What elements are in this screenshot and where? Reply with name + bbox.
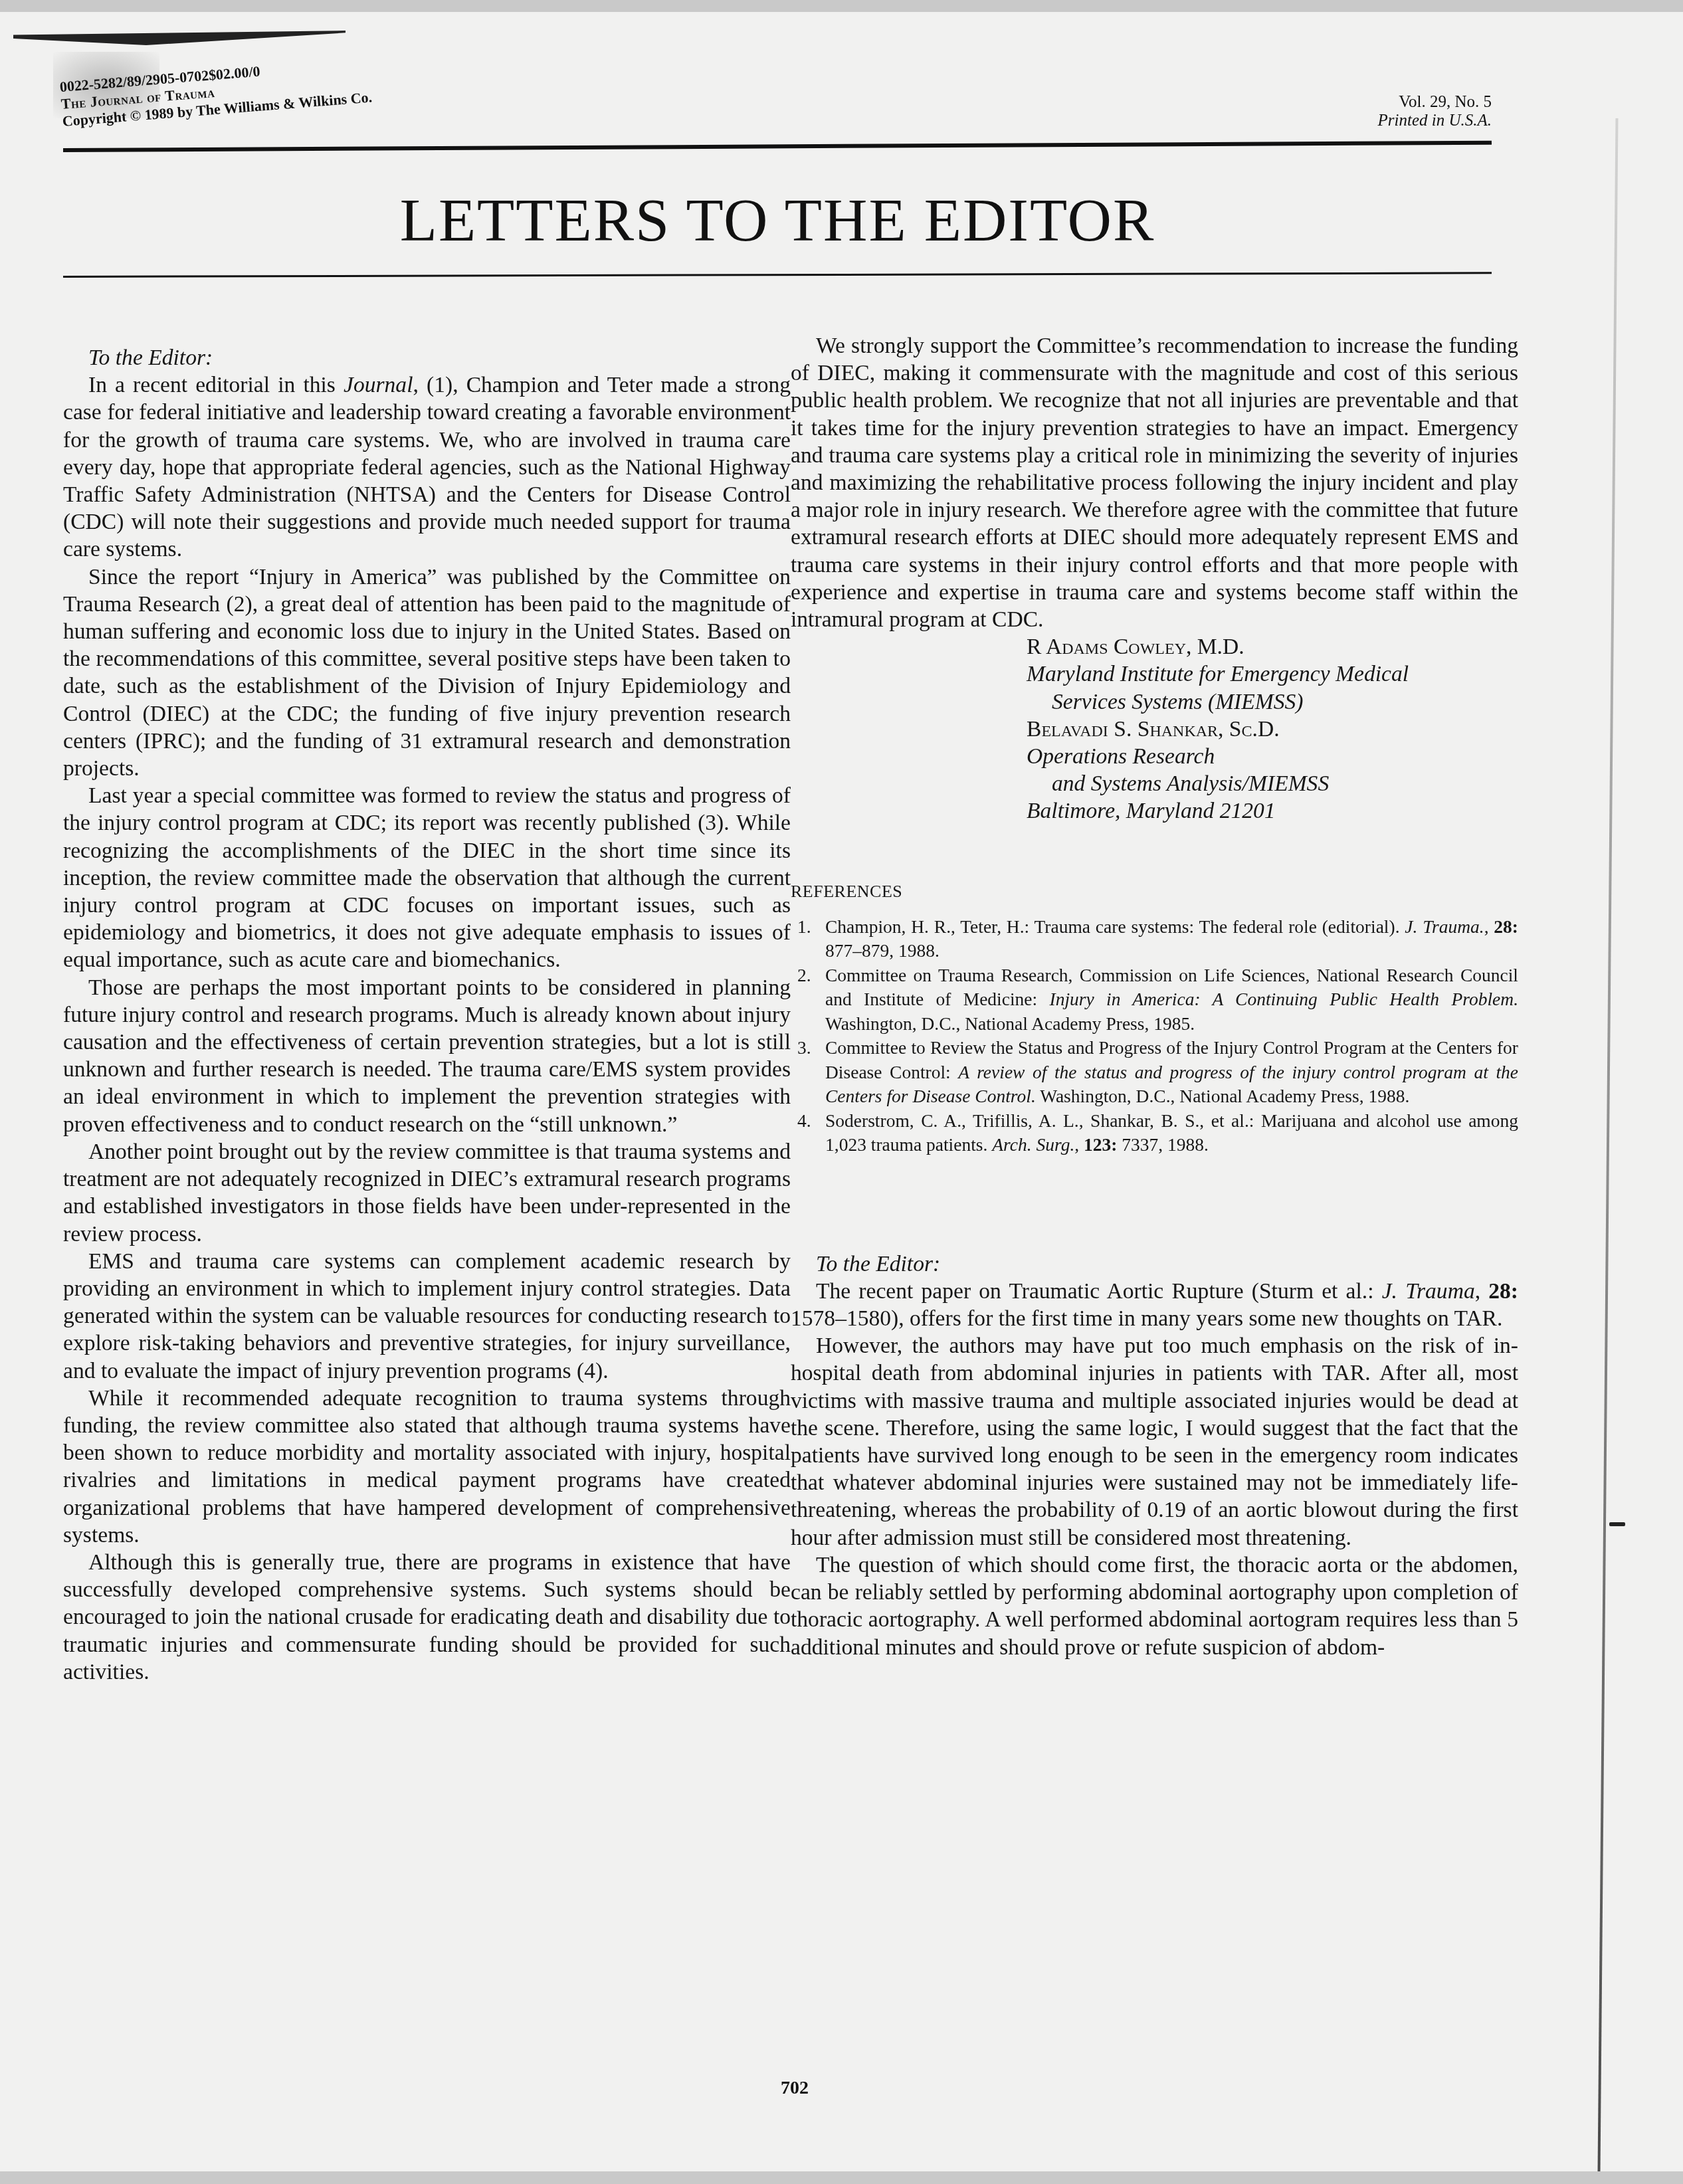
page-title: LETTERS TO THE EDITOR (0, 185, 1555, 255)
letter1-paragraph: In a recent editorial in this Journal, (… (63, 371, 791, 563)
letter1-salutation: To the Editor: (63, 344, 791, 371)
scan-mark (1609, 1522, 1625, 1526)
letter1-paragraph: We strongly support the Committee’s reco… (791, 332, 1518, 633)
letter1-paragraph: Although this is generally true, there a… (63, 1549, 791, 1686)
left-column: To the Editor: In a recent editorial in … (63, 344, 791, 1686)
reference-item: 1. Champion, H. R., Teter, H.: Trauma ca… (791, 915, 1518, 963)
letter2-paragraph: However, the authors may have put too mu… (791, 1332, 1518, 1551)
references-list: 1. Champion, H. R., Teter, H.: Trauma ca… (791, 915, 1518, 1157)
letter1-paragraph: Last year a special committee was formed… (63, 782, 791, 973)
reference-item: 2. Committee on Trauma Research, Commiss… (791, 963, 1518, 1037)
signature-block: R Adams Cowley, M.D. Maryland Institute … (1027, 633, 1518, 825)
author-affiliation: Operations Research (1027, 743, 1518, 770)
journal-header-right: Vol. 29, No. 5 Printed in U.S.A. (1316, 93, 1492, 130)
scan-smudge (13, 31, 346, 45)
author-affiliation: Services Systems (MIEMSS) (1027, 688, 1518, 716)
author-name: Belavadi S. Shankar, Sc.D. (1027, 716, 1518, 743)
letter2: To the Editor: The recent paper on Traum… (791, 1250, 1518, 1661)
author-affiliation: and Systems Analysis/MIEMSS (1027, 770, 1518, 797)
right-column: We strongly support the Committee’s reco… (791, 332, 1518, 1661)
page-number: 702 (781, 2078, 809, 2099)
references-heading: REFERENCES (791, 882, 1518, 902)
letter2-salutation: To the Editor: (791, 1250, 1518, 1278)
letter1-paragraph: While it recommended adequate recognitio… (63, 1385, 791, 1549)
printed-in: Printed in U.S.A. (1316, 112, 1492, 130)
letter1-paragraph: Another point brought out by the review … (63, 1138, 791, 1248)
letter1-paragraph: Since the report “Injury in America” was… (63, 563, 791, 783)
reference-item: 4. Soderstrom, C. A., Trifillis, A. L., … (791, 1109, 1518, 1157)
letter1-paragraph: Those are perhaps the most important poi… (63, 974, 791, 1138)
author-name: R Adams Cowley, M.D. (1027, 633, 1518, 660)
reference-item: 3. Committee to Review the Status and Pr… (791, 1036, 1518, 1109)
letter1-paragraph: EMS and trauma care systems can compleme… (63, 1248, 791, 1385)
author-location: Baltimore, Maryland 21201 (1027, 797, 1518, 825)
author-affiliation: Maryland Institute for Emergency Medical (1027, 660, 1518, 688)
volume-issue: Vol. 29, No. 5 (1316, 93, 1492, 112)
letter2-paragraph: The question of which should come first,… (791, 1551, 1518, 1661)
letter2-paragraph: The recent paper on Traumatic Aortic Rup… (791, 1278, 1518, 1332)
page-edge-shadow (1598, 118, 1619, 2171)
